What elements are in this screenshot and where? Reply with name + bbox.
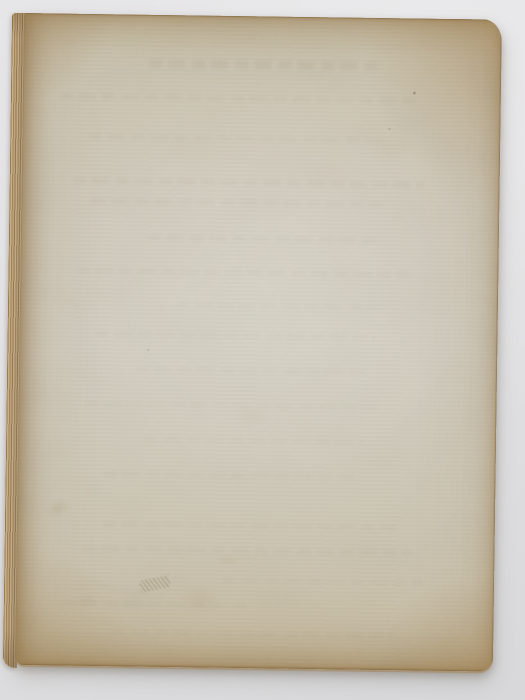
pamphlet-back: [15, 13, 502, 672]
photo-of-pamphlet: [0, 0, 525, 700]
back-cover: [15, 13, 502, 672]
paper-grain-texture: [15, 13, 502, 672]
